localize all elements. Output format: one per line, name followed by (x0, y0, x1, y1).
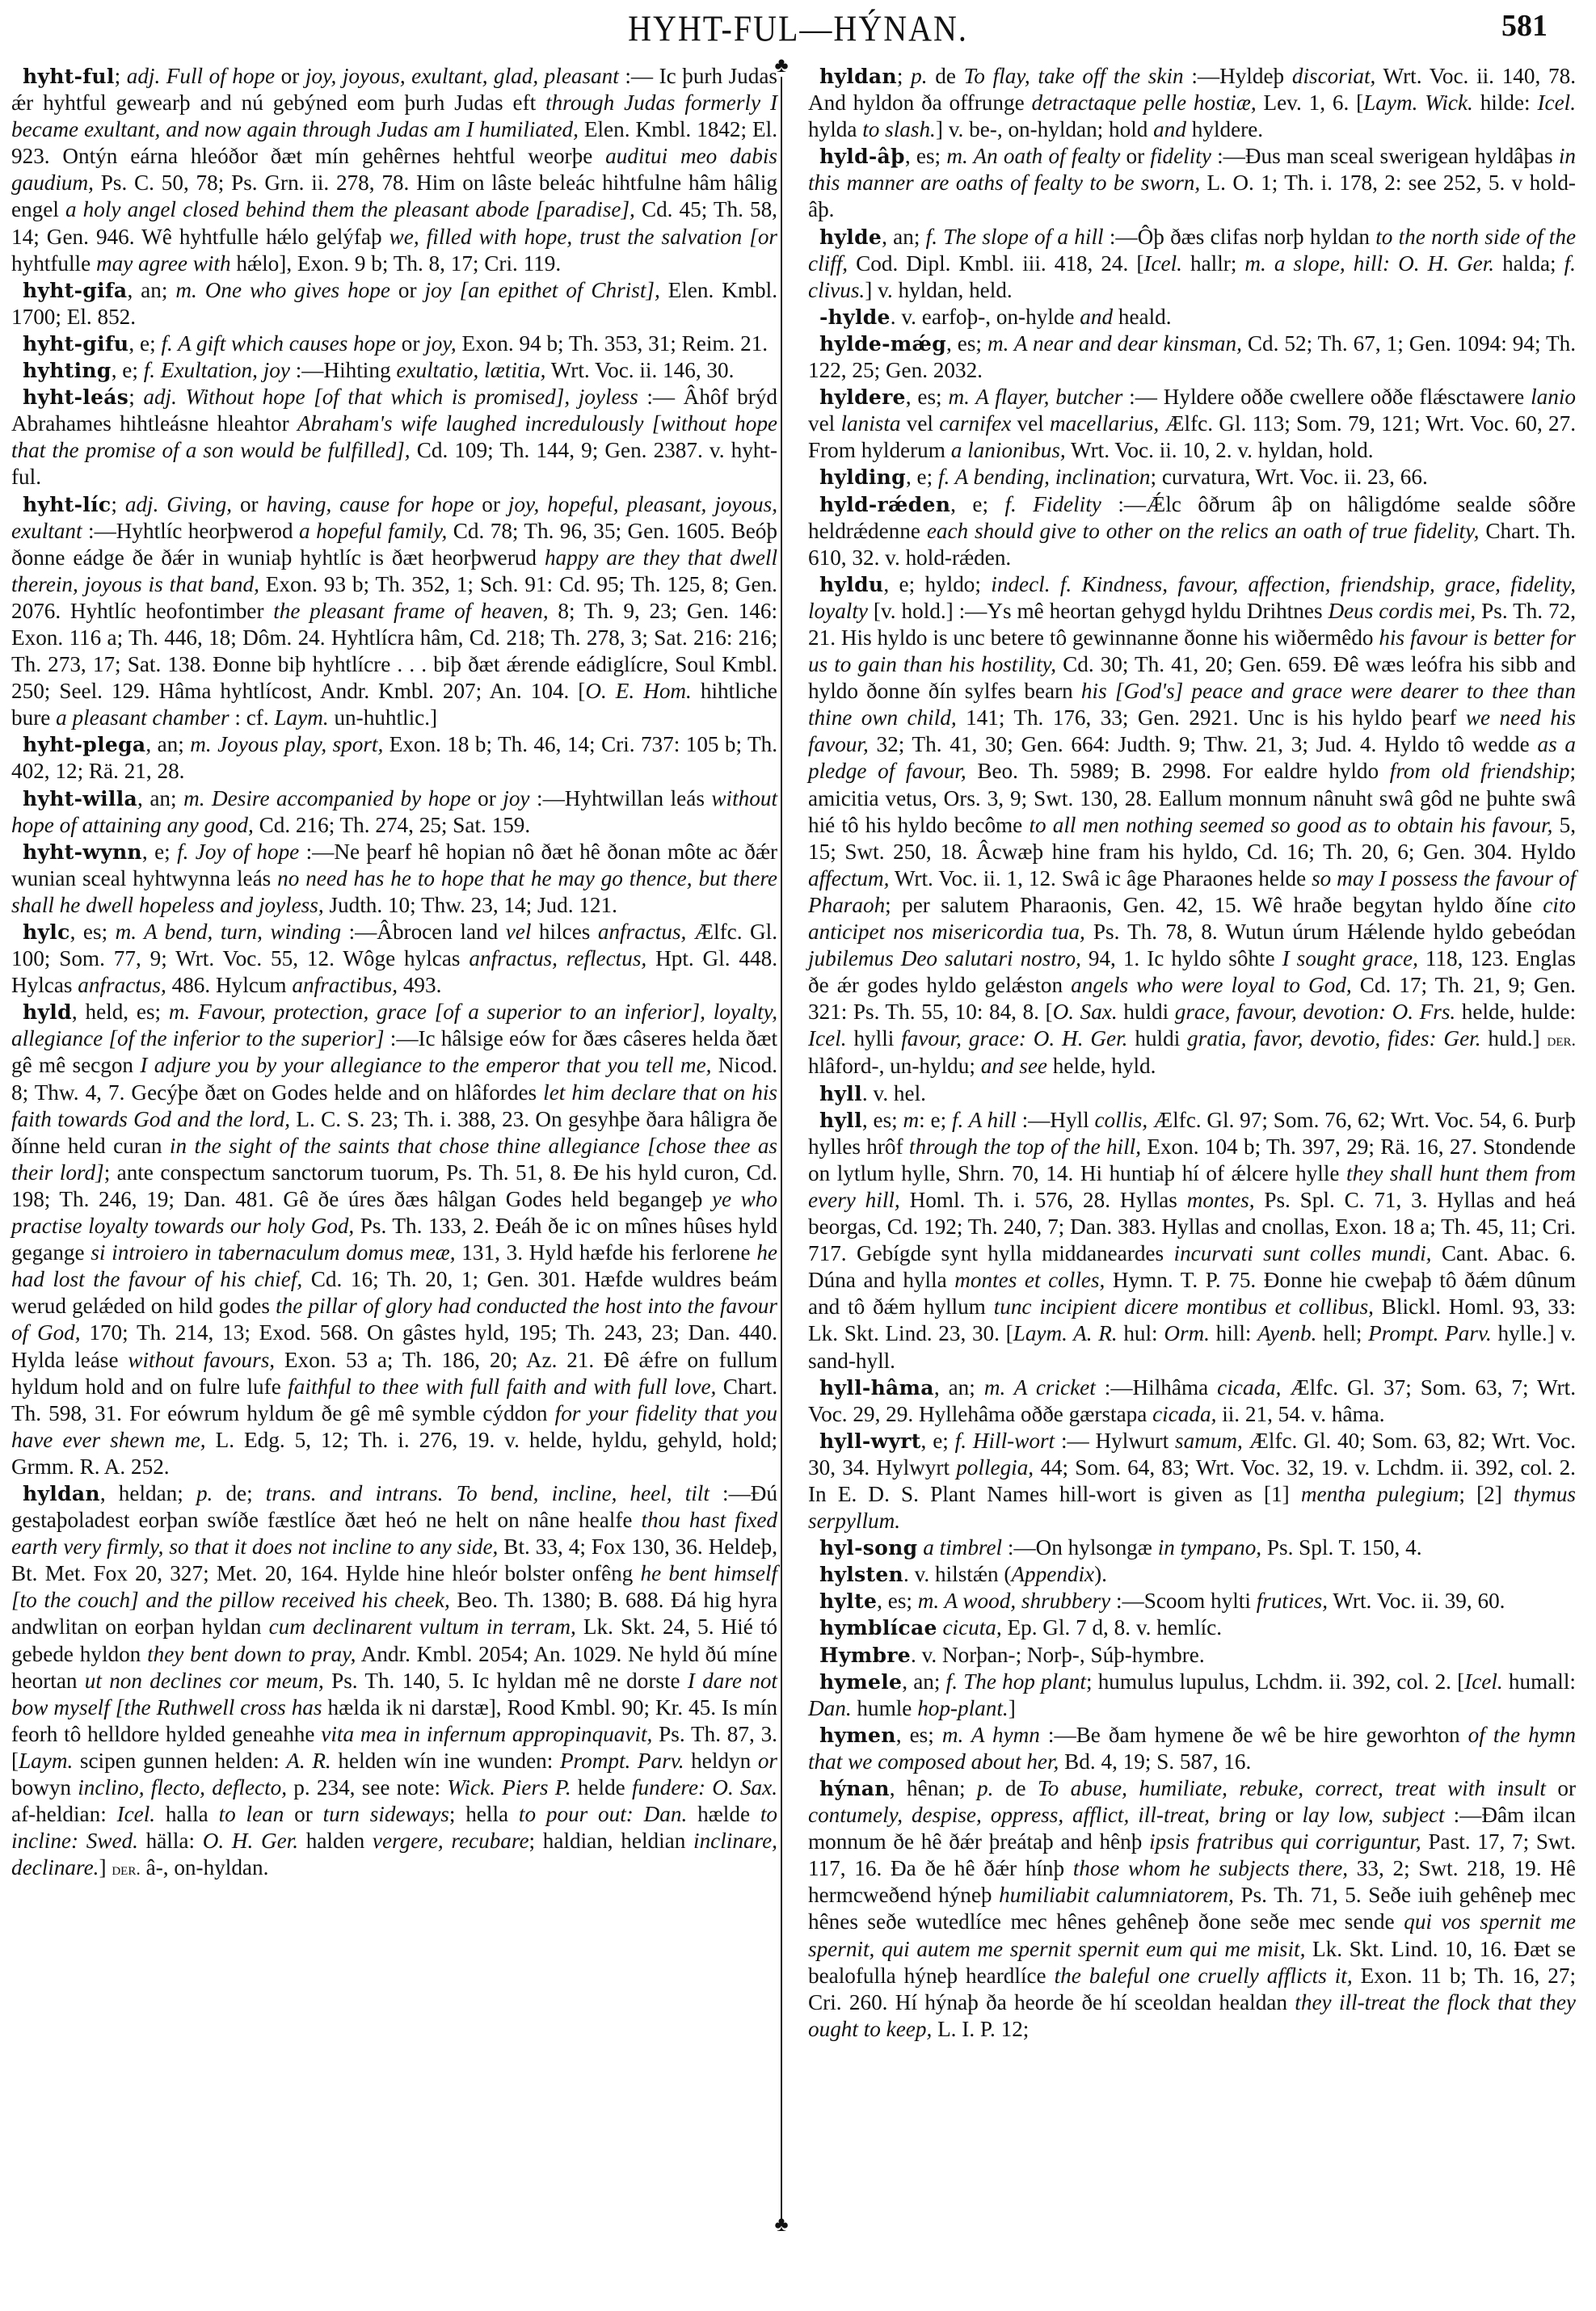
italic-gloss: montes et colles, (954, 1268, 1105, 1292)
headword: hyldere (819, 385, 906, 409)
entry-text: huld.] (1481, 1026, 1548, 1050)
headword: hymele (819, 1670, 902, 1694)
entry-text: ] (99, 1855, 112, 1880)
entry-text: ; curvatura, Wrt. Voc. ii. 23, 66. (1151, 465, 1428, 489)
entry-text: , es; (896, 1723, 942, 1747)
entry-text: ; (115, 64, 127, 88)
italic-gloss: m. A near and dear kinsman, (987, 331, 1242, 356)
entry-text: vel (808, 411, 840, 436)
entry-text: . v. hilstǽn ( (903, 1562, 1011, 1586)
italic-gloss: adj. Without hope [of that which is prom… (143, 385, 638, 409)
small-caps-label: der. (1548, 1029, 1577, 1050)
italic-gloss: Laym. (274, 705, 328, 730)
headword: hylde (819, 225, 882, 249)
headword: hyld (23, 1000, 72, 1024)
italic-gloss: A. R. (286, 1749, 331, 1773)
dictionary-entry: -hylde. v. earfoþ-, on-hylde and heald. (808, 304, 1576, 330)
right-column: hyldan; p. de To flay, take off the skin… (808, 63, 1576, 2043)
entry-text: Exon. 94 b; Th. 353, 31; Reim. 21. (457, 331, 768, 356)
italic-gloss: Laym. A. R. (1013, 1321, 1118, 1345)
italic-gloss: to all men nothing seemed so good as to … (1029, 813, 1552, 837)
entry-text: :—Hyll (1017, 1108, 1095, 1132)
dictionary-entry: hyht-willa, an; m. Desire accompanied by… (11, 785, 777, 839)
dictionary-entry: hyht-líc; adj. Giving, or having, cause … (11, 491, 777, 732)
entry-text: ] v. hyldan, held. (865, 278, 1012, 302)
entry-text: :—Scoom hylti (1110, 1589, 1257, 1613)
italic-gloss: f. Fidelity (1005, 492, 1101, 516)
entry-text: , e; (906, 465, 938, 489)
dictionary-entry: hyld, held, es; m. Favour, protection, g… (11, 999, 777, 1480)
entry-text: :—Hyldeþ (1184, 64, 1292, 88)
entry-text: hilde: (1473, 91, 1538, 115)
headword: hyldan (819, 65, 897, 88)
entry-text: 94, 1. Ic hyldo sôhte (1081, 946, 1282, 970)
entry-text: . v. hel. (862, 1081, 926, 1105)
dictionary-entry: hyll. v. hel. (808, 1080, 1576, 1107)
entry-text: or (284, 1802, 322, 1826)
italic-gloss: m. a slope, hill: O. H. Ger. (1244, 251, 1494, 276)
entry-text: hylda (808, 117, 862, 141)
dictionary-entry: hyld-rǽden, e; f. Fidelity :—Ǽlc ôðrum â… (808, 491, 1576, 571)
entry-text: ] (1009, 1696, 1016, 1720)
left-column: hyht-ful; adj. Full of hope or joy, joyo… (11, 63, 777, 1882)
italic-gloss: m. A flayer, butcher (948, 385, 1122, 409)
italic-gloss: Icel. (117, 1802, 156, 1826)
entry-text: humall: (1503, 1669, 1576, 1694)
entry-text: Homl. Th. i. 576, 28. Hyllas (900, 1188, 1187, 1212)
italic-gloss: f. Joy of hope (177, 840, 299, 864)
entry-text: , e; (921, 1429, 955, 1453)
entry-text: , es; (70, 920, 116, 944)
italic-gloss: anfractus, (78, 973, 166, 997)
entry-text: Ps. Th. 78, 8. Wutun úrum Hǽlende hyldo … (1085, 920, 1576, 944)
entry-text: hǽlo], Exon. 9 b; Th. 8, 17; Cri. 119. (231, 251, 562, 276)
italic-gloss: carnifex (939, 411, 1011, 436)
entry-text: :—Âbrocen land (341, 920, 506, 944)
italic-gloss: without favours, (128, 1348, 275, 1372)
entry-text: 131, 3. Hyld hæfde his ferlorene (456, 1240, 757, 1265)
entry-text: helden wín ine wunden: (331, 1749, 560, 1773)
entry-text: , an; (145, 732, 190, 756)
entry-text: , an; (882, 225, 926, 249)
italic-gloss: the pleasant frame of heaven, (273, 599, 548, 623)
entry-text: 32; Th. 41, 30; Gen. 664: Judth. 9; Thw.… (869, 732, 1538, 756)
italic-gloss: m. One who gives hope (175, 278, 390, 302)
entry-text: hul: (1118, 1321, 1164, 1345)
italic-gloss: m. An oath of fealty (946, 144, 1120, 168)
entry-text: 141; Th. 176, 33; Gen. 2921. Unc is his … (957, 705, 1466, 730)
headword: hylte (819, 1589, 877, 1613)
dictionary-entry: hymele, an; f. The hop plant; humulus lu… (808, 1669, 1576, 1722)
italic-gloss: grace, favour, devotion: O. Frs. (1175, 1000, 1455, 1024)
italic-gloss: To flay, take off the skin (964, 64, 1184, 88)
entry-text: ; haldian, heldian (529, 1829, 693, 1853)
entry-text: :—Hyhtlíc heorþwerod (82, 519, 299, 543)
italic-gloss: anfractibus, (292, 973, 398, 997)
entry-text: Wrt. Voc. ii. 39, 60. (1328, 1589, 1505, 1613)
italic-gloss: gratia, favor, devotio, fides: Ger. (1187, 1026, 1480, 1050)
italic-gloss: favour, grace: O. H. Ger. (901, 1026, 1127, 1050)
italic-gloss: we, filled with hope, trust the salvatio… (390, 225, 777, 249)
entry-text: ; (897, 64, 911, 88)
italic-gloss: To abuse, humiliate, rebuke, correct, tr… (1038, 1776, 1546, 1800)
dictionary-entry: hyht-ful; adj. Full of hope or joy, joyo… (11, 63, 777, 277)
italic-gloss: ut non declines cor meum, (85, 1669, 324, 1693)
italic-gloss: m. A cricket (984, 1375, 1096, 1400)
italic-gloss: the baleful one cruelly afflicts it, (1055, 1964, 1353, 1988)
dictionary-entry: hyldu, e; hyldo; indecl. f. Kindness, fa… (808, 571, 1576, 1080)
dictionary-entry: hymen, es; m. A hymn :—Be ðam hymene ðe … (808, 1722, 1576, 1775)
entry-text: hälla: (138, 1829, 203, 1853)
headword: hylde-mǽg (819, 332, 946, 356)
italic-gloss: m. A wood, shrubbery (918, 1589, 1110, 1613)
entry-text: , an; (902, 1669, 945, 1694)
italic-gloss: adj. Full of hope (127, 64, 275, 88)
entry-text: helde (571, 1775, 632, 1800)
entry-text: af-heldian: (11, 1802, 117, 1826)
entry-text: vel (1011, 411, 1050, 436)
italic-gloss: m. A hymn (942, 1723, 1040, 1747)
dictionary-entry: hyldere, es; m. A flayer, butcher :— Hyl… (808, 384, 1576, 464)
italic-gloss: joy (503, 786, 529, 810)
entry-text: Ps. Th. 140, 5. Ic hyldan mê ne dorste (324, 1669, 688, 1693)
italic-gloss: faithful to thee with full faith and wit… (288, 1374, 716, 1399)
entry-text: , e; (950, 492, 1004, 516)
headword: hyht-gifu (23, 332, 128, 356)
entry-text: , e; hyldo; (883, 572, 991, 596)
italic-gloss: m. A bend, turn, winding (116, 920, 341, 944)
dictionary-entry: hymblícae cicuta, Ep. Gl. 7 d, 8. v. hem… (808, 1614, 1576, 1641)
italic-gloss: detractaque pelle hostiæ, (1031, 91, 1256, 115)
dictionary-entry: hyldan, heldan; p. de; trans. and intran… (11, 1480, 777, 1882)
entry-text: Wrt. Voc. ii. 146, 30. (545, 358, 734, 382)
italic-gloss: p. (911, 64, 927, 88)
entry-text: hilces (531, 920, 597, 944)
italic-gloss: f. Exultation, joy (144, 358, 290, 382)
italic-gloss: tunc incipient dicere montibus et collib… (994, 1294, 1374, 1319)
entry-text: scipen gunnen helden: (73, 1749, 286, 1773)
italic-gloss: cum declinarent vultum in terram, (269, 1614, 576, 1639)
headword: hyht-willa (23, 787, 137, 810)
dictionary-entry: hýnan, hênan; p. de To abuse, humiliate,… (808, 1775, 1576, 2043)
italic-gloss: a holy angel closed behind them the plea… (65, 197, 635, 221)
italic-gloss: trans. and intrans. To bend, incline, he… (266, 1481, 710, 1505)
italic-gloss: a pleasant chamber (56, 705, 229, 730)
italic-gloss: a hopeful family, (299, 519, 447, 543)
headword: hyll (819, 1109, 862, 1132)
dictionary-entry: hyht-gifa, an; m. One who gives hope or … (11, 277, 777, 330)
italic-gloss: joy, (425, 331, 457, 356)
entry-text: , held, es; (72, 1000, 169, 1024)
dictionary-entry: hyht-leás; adj. Without hope [of that wh… (11, 384, 777, 490)
italic-gloss: Prompt. Parv. (560, 1749, 684, 1773)
entry-text: :—Ðus man sceal swerigean hyldâþas (1211, 144, 1559, 168)
headword: hyhting (23, 359, 112, 382)
italic-gloss: humiliabit calumniatorem, (999, 1883, 1234, 1907)
italic-gloss: a lanionibus, (951, 438, 1066, 462)
headword: hylding (819, 465, 906, 489)
entry-text: :—Hyhtwillan leás (530, 786, 712, 810)
dictionary-entry: hyll-wyrt, e; f. Hill-wort :— Hylwurt sa… (808, 1428, 1576, 1534)
headword: hyht-leás (23, 385, 128, 409)
entry-text: or (390, 278, 425, 302)
entry-text: , es; (905, 144, 946, 168)
entry-text: or (1266, 1803, 1303, 1827)
dictionary-entry: hylte, es; m. A wood, shrubbery :—Scoom … (808, 1588, 1576, 1614)
entry-text: :—Hilhâma (1096, 1375, 1217, 1400)
entry-text: ; (111, 492, 124, 516)
dictionary-entry: hyht-plega, an; m. Joyous play, sport, E… (11, 731, 777, 785)
italic-gloss: contumely, despise, oppress, afflict, il… (808, 1803, 1266, 1827)
entry-text: ] v. be-, on-hyldan; hold (936, 117, 1153, 141)
entry-text: , an; (127, 278, 175, 302)
entry-text: : cf. (230, 705, 275, 730)
entry-text: Cod. Dipl. Kmbl. iii. 418, 24. [ (848, 251, 1143, 276)
entry-text: :— Hyldere oððe cwellere oððe flǽsctawer… (1122, 385, 1531, 409)
italic-gloss: I sought grace, (1282, 946, 1418, 970)
italic-gloss: may agree with (96, 251, 231, 276)
italic-gloss: each should give to other on the relics … (927, 519, 1480, 543)
italic-gloss: inclino, flecto, deflecto, (78, 1775, 287, 1800)
italic-gloss: O. H. Ger. (203, 1829, 298, 1853)
headword: hyldan (23, 1482, 100, 1505)
entry-text: ; (128, 385, 143, 409)
dictionary-entry: hyl-song a timbrel :—On hylsongæ in tymp… (808, 1534, 1576, 1561)
italic-gloss: anfractus, (598, 920, 687, 944)
headword: hyht-ful (23, 65, 115, 88)
entry-text: :—Ôþ ðæs clifas norþ hyldan (1104, 225, 1376, 249)
entry-text: ; ante conspectum sanctorum tuorum, Ps. … (11, 1160, 777, 1211)
dictionary-entry: hyht-gifu, e; f. A gift which causes hop… (11, 330, 777, 357)
entry-text: , an; (934, 1375, 984, 1400)
italic-gloss: Appendix (1011, 1562, 1094, 1586)
headword: hyll (819, 1082, 862, 1105)
dictionary-entry: Hymbre. v. Norþan-; Norþ-, Súþ-hymbre. (808, 1642, 1576, 1669)
italic-gloss: vergere, recubare (373, 1829, 529, 1853)
entry-text: ). (1094, 1562, 1107, 1586)
italic-gloss: I adjure you by your allegiance to the e… (140, 1053, 711, 1077)
italic-gloss: O. Sax. (1053, 1000, 1118, 1024)
entry-text: , es; (906, 385, 949, 409)
italic-gloss: hop-plant. (917, 1696, 1009, 1720)
headword: Hymbre (819, 1644, 911, 1667)
headword: hyht-plega (23, 733, 145, 756)
entry-text: humle (852, 1696, 918, 1720)
italic-gloss: f. A gift which causes hope (161, 331, 396, 356)
entry-text: Wrt. Voc. ii. 1, 12. Swâ ic âge Pharaone… (889, 866, 1312, 890)
dictionary-entry: hyht-wynn, e; f. Joy of hope :—Ne þearf … (11, 839, 777, 919)
entry-text: or (396, 331, 425, 356)
italic-gloss: Deus cordis mei, (1328, 599, 1476, 623)
entry-text: : e; (919, 1108, 952, 1132)
headword: hyldu (819, 573, 883, 596)
headword: hyld-rǽden (819, 493, 950, 516)
dictionary-entry: hyldan; p. de To flay, take off the skin… (808, 63, 1576, 143)
small-caps-label: der. (112, 1858, 141, 1879)
entry-text: hlâford-, un-hyldu; (808, 1054, 981, 1078)
entry-text: halda; (1494, 251, 1564, 276)
dictionary-entry: hyld-âþ, es; m. An oath of fealty or fid… (808, 143, 1576, 223)
entry-text: â-, on-hyldan. (141, 1855, 269, 1880)
italic-gloss: pollegia, (956, 1455, 1034, 1480)
italic-gloss: Icel. (808, 1026, 847, 1050)
italic-gloss: Orm. (1164, 1321, 1210, 1345)
italic-gloss: f. The slope of a hill (926, 225, 1104, 249)
italic-gloss: cicada, (1217, 1375, 1281, 1400)
running-head: HYHT-FUL—HÝNAN. (0, 6, 1596, 50)
entry-text: de (993, 1776, 1038, 1800)
entry-text: or (275, 64, 305, 88)
headword: hyld-âþ (819, 145, 905, 168)
dictionary-entry: hylsten. v. hilstǽn (Appendix). (808, 1561, 1576, 1588)
entry-text: ; hella (449, 1802, 519, 1826)
entry-text: ; per salutem Pharaonis, Gen. 42, 15. Wê… (885, 893, 1543, 917)
dictionary-entry: hylde-mǽg, es; m. A near and dear kinsma… (808, 330, 1576, 384)
italic-gloss: macellarius, (1050, 411, 1159, 436)
italic-gloss: turn sideways (323, 1802, 449, 1826)
italic-gloss: angels who were loyal to God, (1071, 973, 1352, 997)
italic-gloss: a timbrel (923, 1535, 1002, 1560)
entry-text: hylli (847, 1026, 902, 1050)
italic-gloss: from old friendship (1390, 759, 1570, 783)
dictionary-entry: hylding, e; f. A bending, inclination; c… (808, 464, 1576, 490)
entry-text: hell; (1316, 1321, 1368, 1345)
headword: hyll-hâma (819, 1376, 934, 1400)
entry-text: , e; (142, 840, 177, 864)
italic-gloss: Prompt. Parv. (1368, 1321, 1492, 1345)
italic-gloss: jubilemus Deo salutari nostro, (808, 946, 1081, 970)
entry-text: ; humulus lupulus, Lchdm. ii. 392, col. … (1086, 1669, 1464, 1694)
entry-text: hill: (1210, 1321, 1257, 1345)
entry-text: , es; (862, 1108, 903, 1132)
italic-gloss: Icel. (1537, 91, 1576, 115)
entry-text: p. 234, see note: (287, 1775, 447, 1800)
italic-gloss: fidelity (1150, 144, 1211, 168)
entry-text: helde, hulde: (1455, 1000, 1576, 1024)
entry-text: or (1120, 144, 1150, 168)
entry-text: or (232, 492, 266, 516)
entry-text: heldyn (684, 1749, 758, 1773)
dictionary-entry: hyll, es; m: e; f. A hill :—Hyll collis,… (808, 1107, 1576, 1374)
italic-gloss: ipsis fratribus qui corriguntur, (1149, 1829, 1421, 1854)
entry-text: Cd. 216; Th. 274, 25; Sat. 159. (254, 813, 530, 837)
entry-text: , an; (137, 786, 183, 810)
headword: hylc (23, 920, 70, 944)
entry-text: , e; (128, 331, 161, 356)
italic-gloss: and (1153, 117, 1186, 141)
italic-gloss: lanio (1531, 385, 1576, 409)
italic-gloss: m. Desire accompanied by hope (183, 786, 470, 810)
italic-gloss: joy [an epithet of Christ], (424, 278, 659, 302)
entry-text: . v. Norþan-; Norþ-, Súþ-hymbre. (911, 1643, 1205, 1667)
entry-text: Ps. Spl. T. 150, 4. (1261, 1535, 1421, 1560)
headword: hyll-wyrt (819, 1429, 921, 1453)
entry-text: ; [2] (1459, 1482, 1514, 1506)
page-number: 581 (1501, 8, 1548, 44)
italic-gloss: Icel. (1143, 251, 1182, 276)
entry-text: , es; (877, 1589, 918, 1613)
entry-text: vel (900, 411, 939, 436)
entry-text: de; (213, 1481, 265, 1505)
entry-text: 493. (398, 973, 441, 997)
entry-text: or (1546, 1776, 1576, 1800)
italic-gloss: Dan. (808, 1696, 852, 1720)
column-divider (781, 77, 782, 2222)
italic-gloss: Laym. (19, 1749, 73, 1773)
entry-text: , e; (112, 358, 144, 382)
italic-gloss: Wick. Piers P. (447, 1775, 571, 1800)
entry-text: 486. Hylcum (166, 973, 293, 997)
italic-gloss: joy, joyous, exultant, glad, pleasant (305, 64, 619, 88)
entry-text: bowyn (11, 1775, 78, 1800)
italic-gloss: p. (196, 1481, 213, 1505)
entry-text: de (928, 64, 964, 88)
entry-text: :—On hylsongæ (1002, 1535, 1158, 1560)
entry-text: helde, hyld. (1047, 1054, 1156, 1078)
entry-text: Wrt. Voc. ii. 10, 2. v. hyldan, hold. (1066, 438, 1374, 462)
italic-gloss: frutices, (1257, 1589, 1328, 1613)
italic-gloss: Laym. Wick. (1363, 91, 1473, 115)
ornament-bottom-icon: ♣ (771, 2212, 792, 2237)
entry-text: [v. hold.] :—Ys mê heortan gehygd hyldu … (868, 599, 1329, 623)
entry-text: ii. 21, 54. v. hâma. (1216, 1402, 1384, 1426)
italic-gloss: f. Hill-wort (955, 1429, 1055, 1453)
italic-gloss: lay low, subject (1302, 1803, 1444, 1827)
italic-gloss: vita mea in infernum appropinquavit, (321, 1722, 652, 1746)
italic-gloss: samum, (1175, 1429, 1243, 1453)
italic-gloss: to lean (219, 1802, 284, 1826)
dictionary-entry: hyll-hâma, an; m. A cricket :—Hilhâma ci… (808, 1374, 1576, 1428)
entry-text: Judth. 10; Thw. 23, 14; Jud. 121. (324, 893, 617, 917)
entry-text: Bd. 4, 19; S. 587, 16. (1059, 1749, 1251, 1774)
italic-gloss: mentha pulegium (1301, 1482, 1459, 1506)
italic-gloss: exultatio, lætitia, (396, 358, 545, 382)
headword: hyht-líc (23, 493, 111, 516)
italic-gloss: incurvati sunt colles mundi, (1174, 1241, 1432, 1265)
headword: hyht-gifa (23, 279, 127, 302)
italic-gloss: f. The hop plant (946, 1669, 1086, 1694)
entry-text: halden (298, 1829, 373, 1853)
italic-gloss: si introiero in tabernaculum domus meæ, (91, 1240, 455, 1265)
entry-text: huldi (1118, 1000, 1175, 1024)
italic-gloss: having, cause for hope (266, 492, 474, 516)
entry-text: hallr; (1182, 251, 1244, 276)
italic-gloss: those whom he subjects there, (1073, 1856, 1348, 1880)
headword: hymblícae (819, 1616, 937, 1640)
entry-text: hælde (687, 1802, 760, 1826)
italic-gloss: fundere: O. Sax. (632, 1775, 777, 1800)
italic-gloss: anfractus, reflectus, (469, 946, 646, 970)
italic-gloss: cicada, (1152, 1402, 1216, 1426)
italic-gloss: f. A hill (952, 1108, 1017, 1132)
italic-gloss: they bent down to pray, (147, 1642, 356, 1666)
entry-text: . v. earfoþ-, on-hylde (891, 305, 1080, 329)
entry-text: or (474, 492, 507, 516)
entry-text: L. I. P. 12; (932, 2017, 1029, 2041)
headword: hymen (819, 1724, 896, 1747)
italic-gloss: cicuta, (942, 1615, 1001, 1640)
headword: hýnan (819, 1777, 890, 1800)
headword: -hylde (819, 305, 891, 329)
italic-gloss: to pour out: Dan. (519, 1802, 687, 1826)
dictionary-entry: hylc, es; m. A bend, turn, winding :—Âbr… (11, 919, 777, 999)
entry-text: :—Hihting (290, 358, 396, 382)
italic-gloss: p. (977, 1776, 993, 1800)
italic-gloss: lanista (840, 411, 900, 436)
headword: hylsten (819, 1563, 903, 1586)
entry-text: un-huhtlic.] (329, 705, 437, 730)
italic-gloss: and see (981, 1054, 1047, 1078)
